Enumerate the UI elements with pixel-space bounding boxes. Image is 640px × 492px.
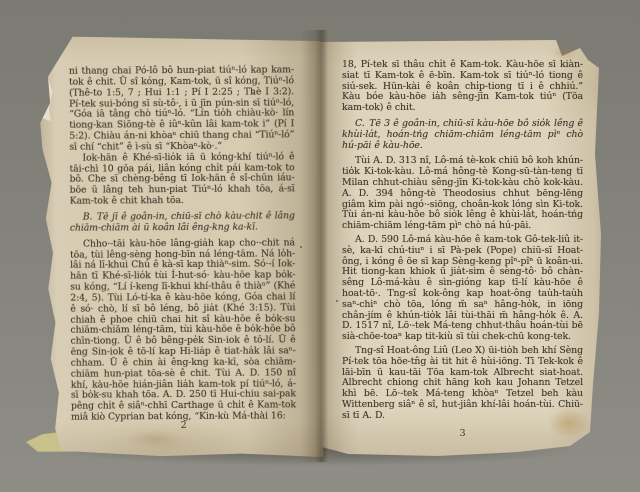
paragraph: Tùi A. D. 313 nî, Lô-má tè-kok chiū bô k… xyxy=(342,156,583,232)
left-page-number: 2 xyxy=(71,419,296,431)
paragraph: B. Tē jī ê goân-in, chiū-sī chò kàu-chit… xyxy=(70,211,295,234)
left-page-text: ni thang chai Pó-lô bô hun-piat tiúⁿ-ló … xyxy=(69,65,296,423)
paragraph: 18, Pí-tek sī thâu chi̍t ê Kam-tok. Kàu-… xyxy=(342,60,583,114)
paper-speck xyxy=(246,156,248,158)
right-page-number: 3 xyxy=(342,428,583,439)
paragraph: Chho·-tāi kàu-hōe lâng-gia̍h kap cho·-ch… xyxy=(70,238,296,424)
paragraph: ni thang chai Pó-lô bô hun-piat tiúⁿ-ló … xyxy=(69,65,295,153)
torn-edge-chip xyxy=(37,79,52,121)
book-photo: { "colors": { "background": "#82817a", "… xyxy=(0,0,640,492)
paragraph: Tng-sî Hoat-ông Liû (Leo X) ūi-tio̍h beh… xyxy=(342,346,583,422)
paragraph: Iok-hān ê Khé-sī-lio̍k iā ū kóng-khí tiú… xyxy=(69,152,294,208)
paper-speck xyxy=(300,246,302,248)
paper-speck xyxy=(336,300,338,302)
paragraph: C. Tē 3 ê goân-in, chiū-sī kàu-hōe bô si… xyxy=(342,119,583,151)
right-page: 18, Pí-tek sī thâu chi̍t ê Kam-tok. Kàu-… xyxy=(318,34,604,462)
paper-speck xyxy=(252,92,254,94)
left-page: ni thang chai Pó-lô bô hun-piat tiúⁿ-ló … xyxy=(39,29,324,465)
right-page-text: 18, Pí-tek sī thâu chi̍t ê Kam-tok. Kàu-… xyxy=(342,60,583,422)
paragraph: A. D. 590 Lô-má kàu-hōe ê kam-tok Gô-tek… xyxy=(342,235,583,343)
